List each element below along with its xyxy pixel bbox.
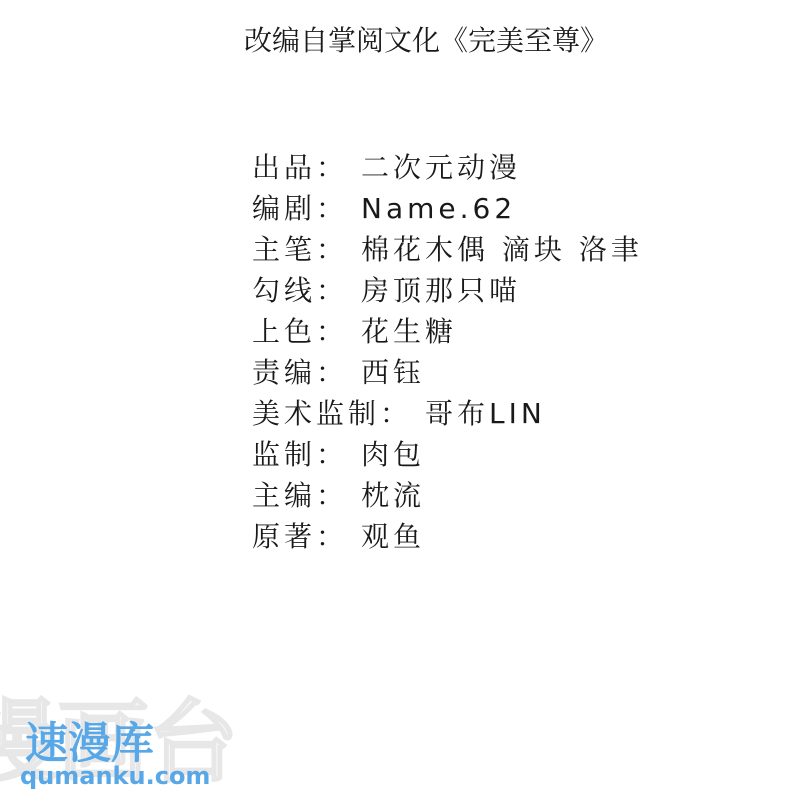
site-watermark: 漫画台 速漫库 qumanku.com — [0, 690, 300, 800]
credit-label: 编剧 — [252, 192, 316, 225]
adaptation-note: 改编自掌阅文化《完美至尊》 — [26, 27, 800, 55]
credit-row: 监制：肉包 — [252, 434, 643, 475]
credit-label: 美术监制 — [252, 397, 380, 430]
credit-separator: ： — [316, 311, 348, 352]
credit-row: 美术监制：哥布LIN — [252, 393, 643, 434]
site-domain: qumanku.com — [20, 763, 210, 789]
credit-separator: ： — [316, 188, 348, 229]
credit-separator: ： — [316, 434, 348, 475]
credit-value: 肉包 — [361, 438, 425, 471]
credit-row: 原著：观鱼 — [252, 516, 643, 557]
credit-row: 责编：西钰 — [252, 352, 643, 393]
credit-label: 勾线 — [252, 274, 316, 307]
credit-label: 主笔 — [252, 233, 316, 266]
credit-separator: ： — [316, 352, 348, 393]
credit-row: 勾线：房顶那只喵 — [252, 270, 643, 311]
site-logo: 速漫库 — [25, 723, 154, 766]
credit-row: 上色：花生糖 — [252, 311, 643, 352]
credit-label: 出品 — [252, 151, 316, 184]
credits-list: 出品：二次元动漫 编剧：Name.62 主笔：棉花木偶 滴块 洛聿 勾线：房顶那… — [252, 147, 643, 557]
credit-label: 上色 — [252, 315, 316, 348]
credit-label: 原著 — [252, 520, 316, 553]
credit-value: 房顶那只喵 — [361, 274, 521, 307]
credit-separator: ： — [316, 270, 348, 311]
credit-value: Name.62 — [361, 192, 516, 225]
credit-separator: ： — [316, 147, 348, 188]
credit-value: 棉花木偶 滴块 洛聿 — [361, 233, 643, 266]
credit-separator: ： — [380, 393, 412, 434]
credit-label: 责编 — [252, 356, 316, 389]
credit-separator: ： — [316, 475, 348, 516]
credit-value: 枕流 — [361, 479, 425, 512]
credit-separator: ： — [316, 229, 348, 270]
credit-row: 主编：枕流 — [252, 475, 643, 516]
credit-label: 监制 — [252, 438, 316, 471]
credit-value: 花生糖 — [361, 315, 457, 348]
credit-value: 二次元动漫 — [361, 151, 521, 184]
credit-value: 观鱼 — [361, 520, 425, 553]
credit-row: 主笔：棉花木偶 滴块 洛聿 — [252, 229, 643, 270]
credit-value: 哥布LIN — [425, 397, 546, 430]
credit-label: 主编 — [252, 479, 316, 512]
credit-value: 西钰 — [361, 356, 425, 389]
credit-row: 出品：二次元动漫 — [252, 147, 643, 188]
credit-separator: ： — [316, 516, 348, 557]
comic-credits-page: 改编自掌阅文化《完美至尊》 出品：二次元动漫 编剧：Name.62 主笔：棉花木… — [0, 0, 800, 800]
credit-row: 编剧：Name.62 — [252, 188, 643, 229]
